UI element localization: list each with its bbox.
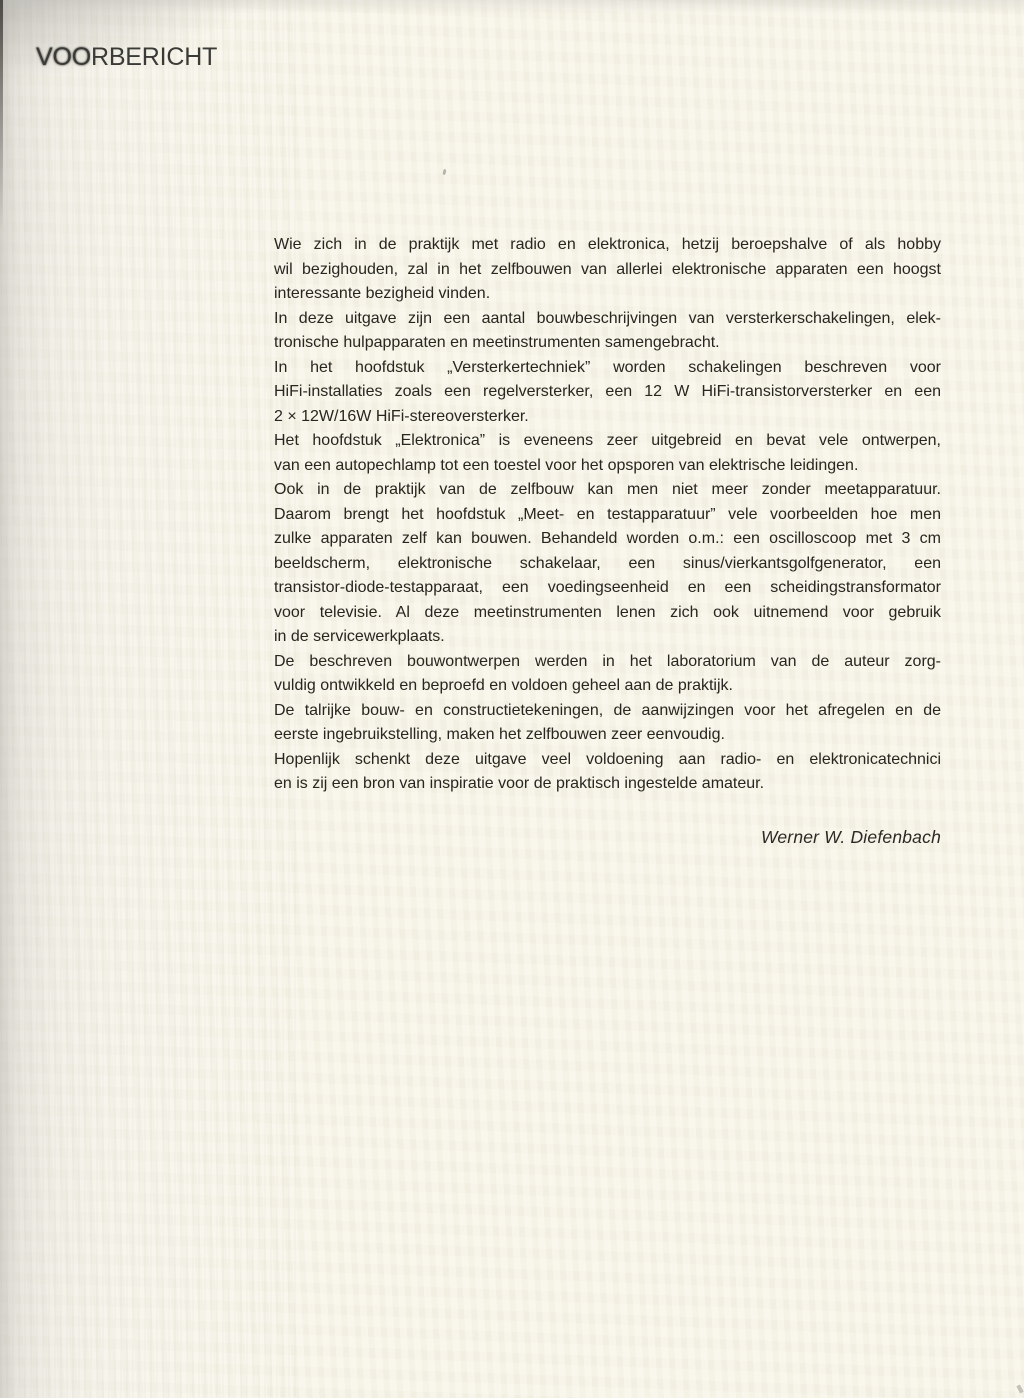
text-line: in de servicewerkplaats.	[274, 625, 941, 650]
text-line: Het hoofdstuk „Elektronica” is eveneens …	[274, 429, 941, 454]
text-line: eerste ingebruikstelling, maken het zelf…	[274, 723, 941, 748]
text-line: De beschreven bouwontwerpen werden in he…	[274, 650, 941, 675]
scanned-book-page: VOORBERICHT VOORBERICHT Wie zich in de p…	[0, 0, 1024, 1398]
text-line: beeldscherm, elektronische schakelaar, e…	[274, 552, 941, 577]
page-edge-shadow	[0, 0, 3, 230]
text-line: Wie zich in de praktijk met radio en ele…	[274, 233, 941, 258]
author-signature: Werner W. Diefenbach	[761, 827, 941, 848]
text-line: De talrijke bouw- en constructietekening…	[274, 699, 941, 724]
page-title: VOORBERICHT VOORBERICHT	[36, 45, 217, 70]
text-line: In deze uitgave zijn een aantal bouwbesc…	[274, 307, 941, 332]
body-text: Wie zich in de praktijk met radio en ele…	[274, 233, 941, 797]
text-line: vuldig ontwikkeld en beproefd en voldoen…	[274, 674, 941, 699]
text-line: en is zij een bron van inspiratie voor d…	[274, 772, 941, 797]
text-line: HiFi-installaties zoals een regelverster…	[274, 380, 941, 405]
text-line: tronische hulpapparaten en meetinstrumen…	[274, 331, 941, 356]
page-title-text: VOORBERICHT	[36, 43, 217, 71]
text-line: voor televisie. Al deze meetinstrumenten…	[274, 601, 941, 626]
text-line: wil bezighouden, zal in het zelfbouwen v…	[274, 258, 941, 283]
text-line: transistor-diode-testapparaat, een voedi…	[274, 576, 941, 601]
scan-streaks	[0, 0, 300, 1398]
scan-speck	[442, 169, 446, 176]
text-line: In het hoofdstuk „Versterkertechniek” wo…	[274, 356, 941, 381]
text-line: Ook in de praktijk van de zelfbouw kan m…	[274, 478, 941, 503]
scan-speck	[1016, 1385, 1023, 1394]
text-line: 2 × 12W/16W HiFi-stereoversterker.	[274, 405, 941, 430]
text-line: Hopenlijk schenkt deze uitgave veel vold…	[274, 748, 941, 773]
text-line: zulke apparaten zelf kan bouwen. Behande…	[274, 527, 941, 552]
text-line: interessante bezigheid vinden.	[274, 282, 941, 307]
text-line: Daarom brengt het hoofdstuk „Meet- en te…	[274, 503, 941, 528]
text-line: van een autopechlamp tot een toestel voo…	[274, 454, 941, 479]
scan-shadow-top	[0, 0, 1024, 14]
